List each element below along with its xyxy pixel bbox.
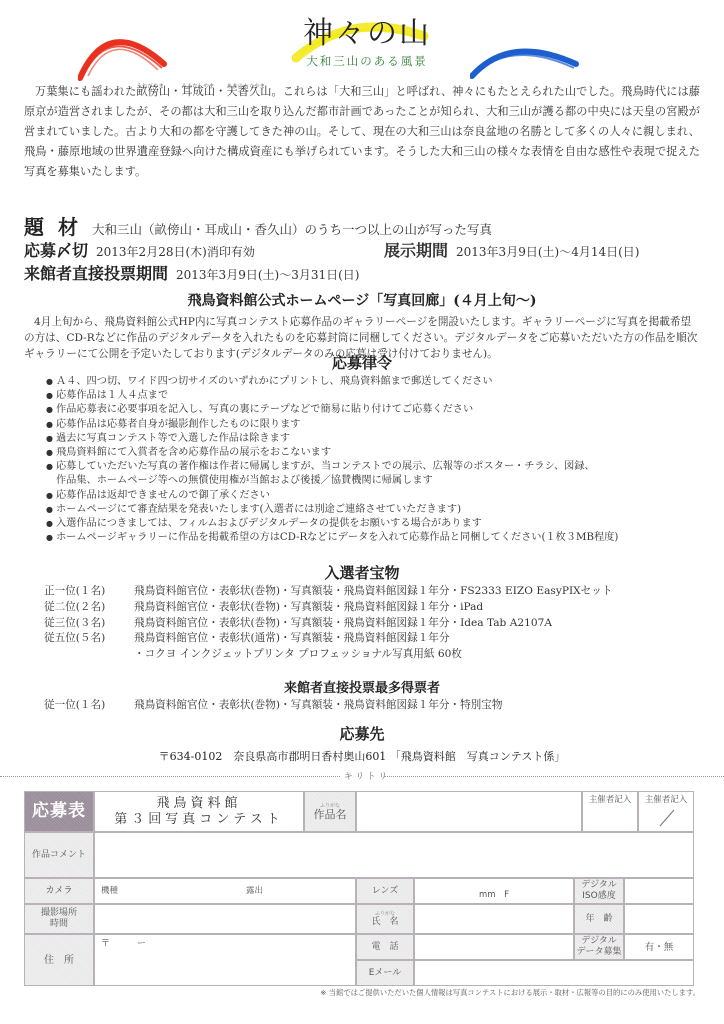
camera-label: カメラ [24, 878, 94, 904]
deadline-value: 2013年2月28日(木)消印有効 [96, 245, 255, 259]
phone-label: 電 話 [356, 934, 414, 960]
comment-label: 作品コメント [24, 832, 94, 878]
work-title-label: ふりがな作品名 [304, 791, 356, 832]
prize-rank: 従五位(５名) [44, 631, 134, 647]
rule-text: 応募していただいた写真の著作権は作者に帰属しますが、当コンテストでの展示、広報等… [56, 461, 595, 472]
rule-item: 飛鳥資料館にて入賞者を含め応募作品の展示をおこないます [46, 446, 706, 460]
rule-item: Ａ４、四つ切、ワイド四つ切サイズのいずれかにプリントし、飛鳥資料館まで郵送してく… [46, 375, 706, 389]
separator: ・ [170, 85, 181, 98]
rule-item: 入選作品につきましては、フィルムおよびデジタルデータの提供をお願いする場合があり… [46, 517, 706, 531]
prize-desc: 飛鳥資料館官位・表彰状(通常)・写真額装・飛鳥資料館図録１年分 [134, 631, 449, 647]
deadline-row: 応募〆切2013年2月28日(木)消印有効 [24, 238, 255, 261]
lens-label: レンズ [356, 878, 414, 904]
address-label: 住 所 [24, 934, 94, 986]
rule-item-copyright: 応募していただいた写真の著作権は作者に帰属しますが、当コンテストでの展示、広報等… [46, 460, 706, 488]
header: 神々の山 大和三山のある風景 [0, 0, 724, 82]
organizer-label: 主催者記入 [645, 795, 688, 806]
organizer-field-1: 主催者記入 [582, 791, 638, 832]
vote-period-row: 来館者直接投票期間2013年3月9日(土)～3月31日(日) [24, 261, 359, 284]
theme-row: 題材大和三山（畝傍山・耳成山・香久山）のうち一つ以上の山が写った写真 [24, 211, 492, 240]
location-label: 撮影場所時間 [24, 904, 94, 934]
intro-text-rest: 時代には藤原京が造営されましたが、その都は大和三山を取り込んだ都市計画であったこ… [24, 85, 700, 178]
ruby-text: みみなしやま [181, 77, 214, 97]
label-text: 時間 [50, 919, 68, 930]
vote-period-value: 2013年3月9日(土)～3月31日(日) [176, 268, 359, 282]
rules-list: Ａ４、四つ切、ワイド四つ切サイズのいずれかにプリントし、飛鳥資料館まで郵送してく… [46, 375, 706, 545]
prize-rank: 正一位(１名) [44, 584, 134, 600]
prize-desc: 飛鳥資料館官位・表彰状(巻物)・写真額装・飛鳥資料館図録１年分・Idea Tab… [134, 616, 552, 632]
exposure-label: 露出 [246, 886, 263, 897]
rule-item: 応募作品は返却できませんので御了承ください [46, 489, 706, 503]
prize-rank: 従一位(１名) [44, 697, 134, 712]
prize-desc: 飛鳥資料館官位・表彰状(巻物)・写真額装・飛鳥資料館図録１年分・FS2333 E… [134, 584, 612, 600]
work-title-field[interactable] [356, 791, 582, 832]
vote-prize-row: 従一位(１名)飛鳥資料館官位・表彰状(巻物)・写真額装・飛鳥資料館図録１年分・特… [44, 697, 502, 712]
rule-item: ホームページギャラリーに作品を掲載希望の方はCD-Rなどにデータを入れて応募作品… [46, 531, 706, 545]
lens-unit: mm F [479, 890, 509, 901]
rules-title: 応募律令 [0, 352, 724, 373]
label-text: 氏 名 [371, 917, 398, 928]
contest-name-line2: 第３回写真コンテスト [114, 812, 283, 828]
form-title: 応募表 [24, 791, 94, 832]
label-text: デジタル [581, 936, 616, 947]
rule-item: ホームページにて審査結果を発表いたします(入選者には別途ご連絡させていただきます… [46, 503, 706, 517]
privacy-note: ※ 当館ではご提供いただいた個人情報は写真コンテストにおける展示・取材・広報等の… [260, 988, 700, 998]
age-field[interactable] [624, 904, 694, 934]
prize-row: 従三位(３名)飛鳥資料館官位・表彰状(巻物)・写真額装・飛鳥資料館図録１年分・I… [44, 616, 612, 632]
homepage-title: 飛鳥資料館公式ホームページ「写真回廊」(４月上旬～) [0, 290, 724, 310]
email-field[interactable] [414, 960, 694, 986]
ruby-text: あまのかぐやま [226, 77, 265, 97]
prize-row: 従二位(２名)飛鳥資料館官位・表彰状(巻物)・写真額装・飛鳥資料館図録１年分・i… [44, 600, 612, 616]
rule-text-continued: 作品集、ホームページ等への無償使用権が当館および後援／協賛機関に帰属します [56, 474, 706, 488]
rule-item: 応募作品は応募者自身が撮影創作したものに限ります [46, 418, 706, 432]
entry-form: 応募表 飛鳥資料館 第３回写真コンテスト ふりがな作品名 主催者記入 主催者記入… [24, 791, 694, 987]
vote-prize-title: 来館者直接投票最多得票者 [0, 677, 724, 696]
label-text: データ募集 [576, 947, 621, 958]
dotted-divider [384, 776, 724, 777]
age-label: 年 齢 [574, 904, 624, 934]
address-field[interactable]: 〒 ー [94, 934, 356, 986]
logo-subtitle: 大和三山のある風景 [292, 54, 442, 68]
theme-label: 題材 [24, 215, 92, 239]
destination-title: 応募先 [0, 723, 724, 744]
slash-mark-icon [659, 809, 675, 827]
mountain-amanokagu: あまのかぐやま天香久山 [226, 85, 271, 98]
intro-paragraph: 万葉集にも謡われたうねびやま畝傍山・みみなしやま耳成山・あまのかぐやま天香久山。… [24, 82, 700, 182]
ruby-text: うねびやま [136, 77, 164, 97]
vote-period-label: 来館者直接投票期間 [24, 264, 168, 283]
prize-extra: ・コクヨ インクジェットプリンタ プロフェッショナル写真用紙 60枚 [44, 647, 612, 663]
prize-row: 従五位(５名)飛鳥資料館官位・表彰状(通常)・写真額装・飛鳥資料館図録１年分 [44, 631, 612, 647]
intro-text: 万葉集にも謡われた [35, 85, 136, 98]
mountain-miminashi: みみなしやま耳成山 [181, 85, 215, 98]
cut-line: キリトリ [0, 770, 724, 782]
intro-text: 。これらは「大和三山」と呼ばれ、神々にもたとえられた山でした。飛鳥 [271, 85, 643, 98]
exhibit-label: 展示期間 [384, 241, 448, 260]
contest-name: 飛鳥資料館 第３回写真コンテスト [94, 791, 304, 832]
digital-data-choice[interactable]: 有・無 [624, 934, 694, 960]
label-text: ISO感度 [582, 891, 615, 902]
prizes-list: 正一位(１名)飛鳥資料館官位・表彰状(巻物)・写真額装・飛鳥資料館図録１年分・F… [44, 584, 612, 663]
postal-mark: 〒 ー [101, 939, 146, 950]
exhibit-value: 2013年3月9日(土)～4月14日(日) [456, 245, 639, 259]
prizes-title: 入選者宝物 [0, 562, 724, 583]
iso-label: デジタルISO感度 [574, 878, 624, 904]
blue-mountain-brush-icon [470, 40, 580, 80]
prize-desc: 飛鳥資料館官位・表彰状(巻物)・写真額装・飛鳥資料館図録１年分・特別宝物 [134, 697, 502, 712]
location-field[interactable] [94, 904, 356, 934]
red-mountain-brush-icon [78, 22, 168, 82]
contest-name-line1: 飛鳥資料館 [156, 796, 241, 812]
digital-data-label: デジタルデータ募集 [574, 934, 624, 960]
organizer-field-2: 主催者記入 [638, 791, 694, 832]
phone-field[interactable] [414, 934, 574, 960]
separator: ・ [215, 85, 226, 98]
email-label: Eメール [356, 960, 414, 986]
dotted-divider [0, 776, 340, 777]
comment-field[interactable] [94, 832, 694, 878]
rule-item: 応募作品は１人４点まで [46, 389, 706, 403]
name-label: ふりがな氏 名 [356, 904, 414, 934]
destination-address: 〒634-0102 奈良県高市郡明日香村奥山601 「飛鳥資料館 写真コンテスト… [0, 748, 724, 764]
logo: 神々の山 大和三山のある風景 [292, 14, 442, 74]
label-text: 撮影場所 [41, 908, 77, 919]
label-text: デジタル [581, 880, 616, 891]
iso-field[interactable] [624, 878, 694, 904]
prize-rank: 従二位(２名) [44, 600, 134, 616]
rule-item: 作品応募表に必要事項を記入し、写真の裏にテープなどで簡易に貼り付けてご応募くださ… [46, 403, 706, 417]
lens-field[interactable]: mm F [414, 878, 574, 904]
prize-desc: 飛鳥資料館官位・表彰状(巻物)・写真額装・飛鳥資料館図録１年分・iPad [134, 600, 483, 616]
prize-rank: 従三位(３名) [44, 616, 134, 632]
prize-row: 正一位(１名)飛鳥資料館官位・表彰状(巻物)・写真額装・飛鳥資料館図録１年分・F… [44, 584, 612, 600]
deadline-label: 応募〆切 [24, 241, 88, 260]
name-field[interactable] [414, 904, 574, 934]
camera-field[interactable]: 機種 露出 [94, 878, 356, 904]
model-label: 機種 [101, 886, 118, 897]
mountain-unebi: うねびやま畝傍山 [136, 85, 170, 98]
rule-item: 過去に写真コンテスト等で入選した作品は除きます [46, 432, 706, 446]
organizer-label: 主催者記入 [589, 795, 632, 806]
logo-title: 神々の山 [292, 14, 442, 54]
exhibit-row: 展示期間2013年3月9日(土)～4月14日(日) [384, 238, 639, 261]
theme-value: 大和三山（畝傍山・耳成山・香久山）のうち一つ以上の山が写った写真 [92, 222, 492, 237]
label-text: 作品名 [314, 809, 347, 820]
